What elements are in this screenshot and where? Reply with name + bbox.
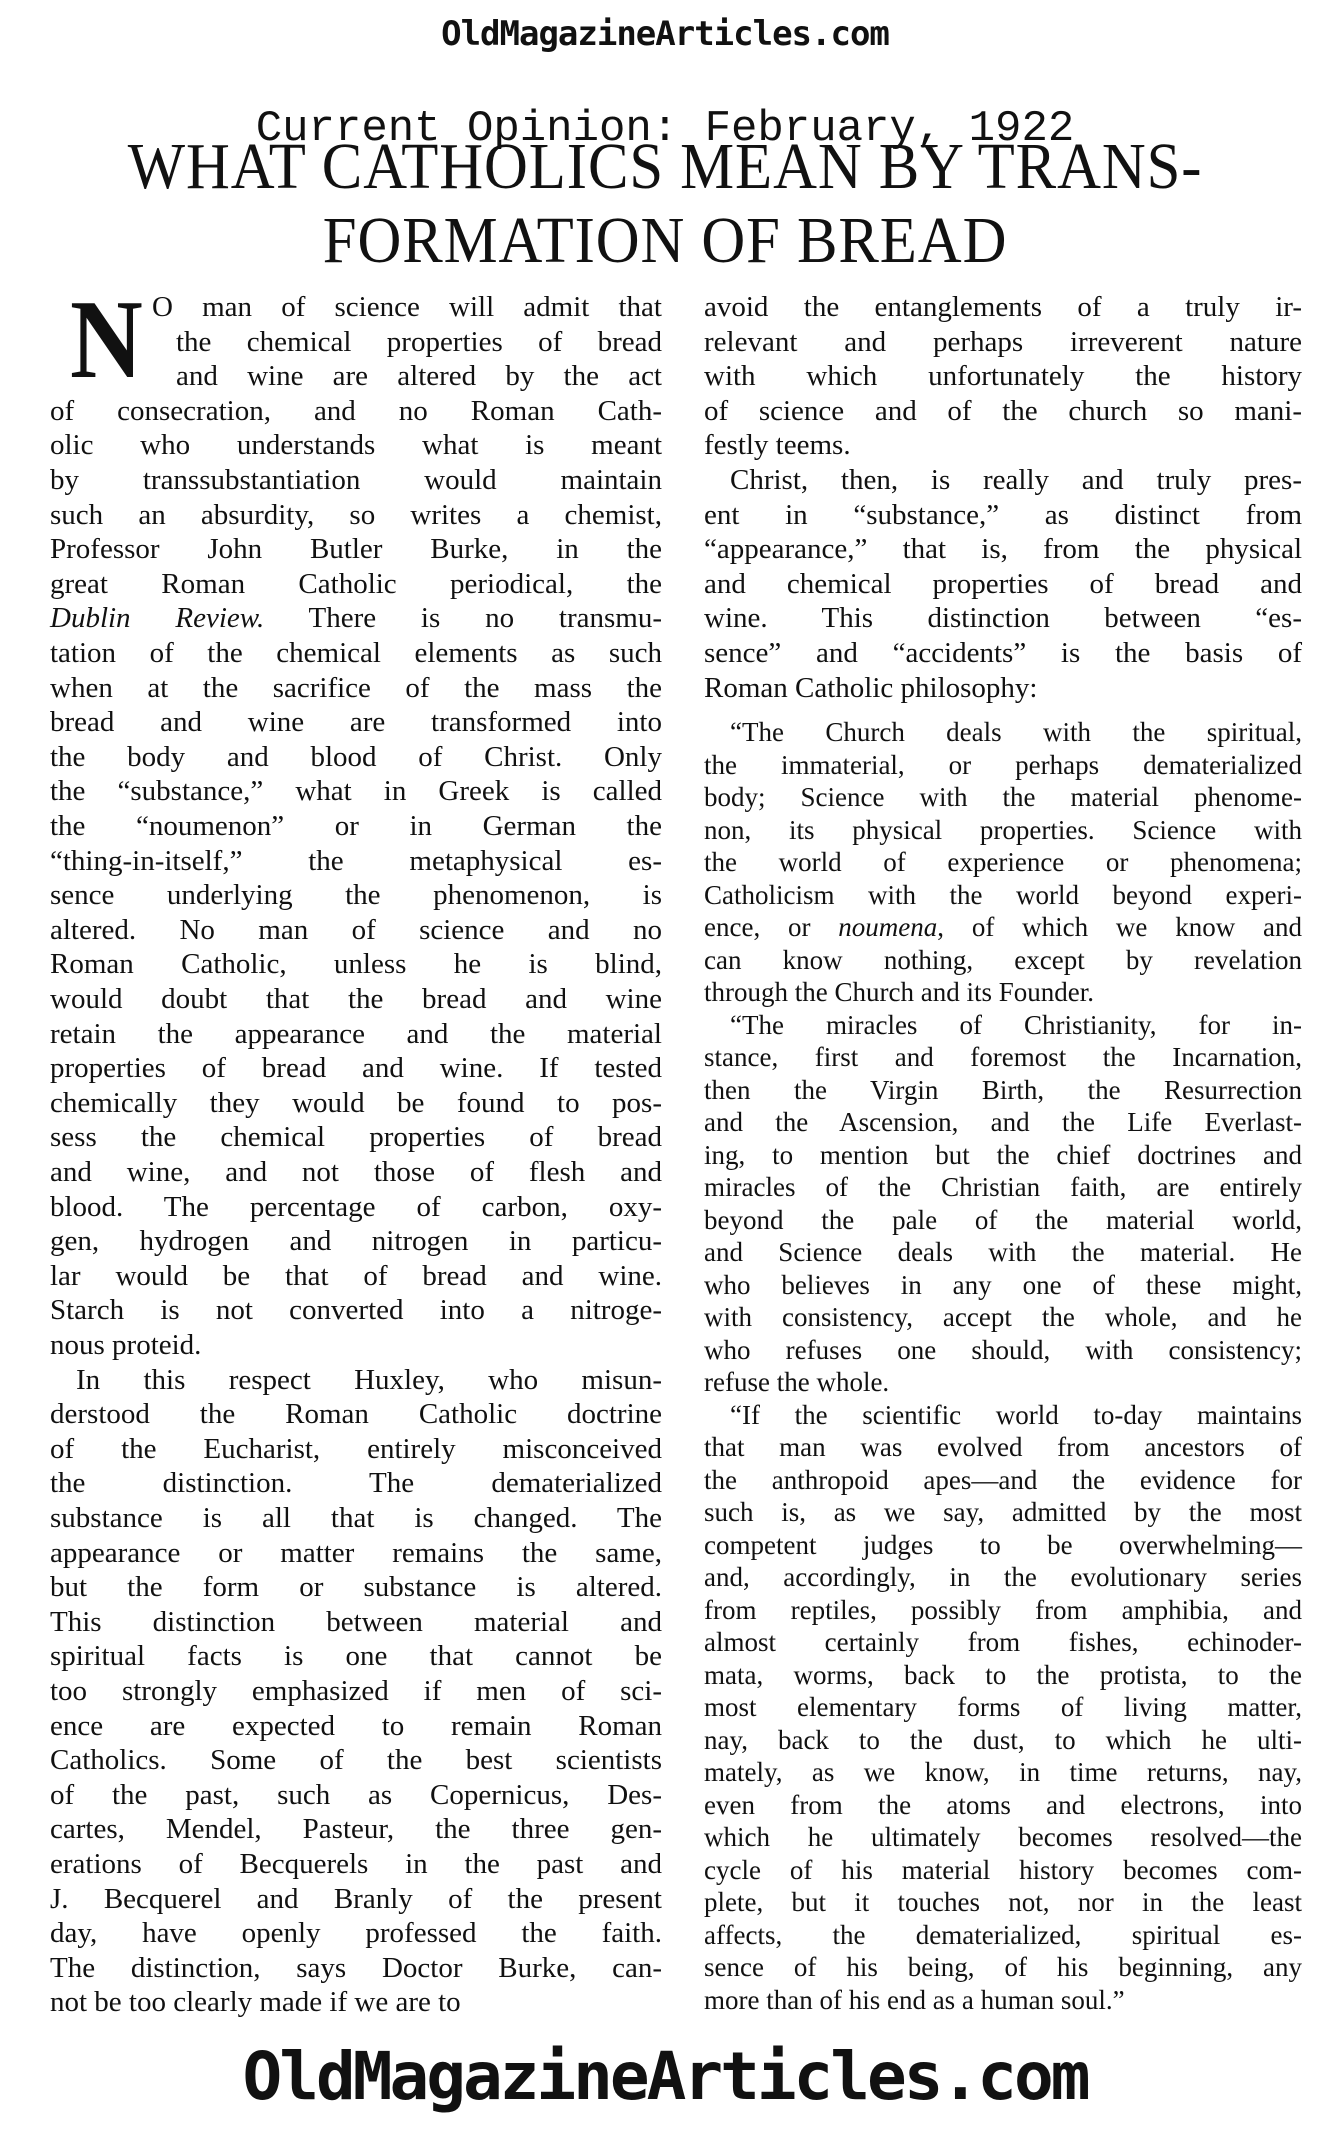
text-line: not be too clearly made if we are to — [50, 1985, 662, 2019]
text-line: great Roman Catholic periodical, the — [50, 567, 662, 601]
text-line: beyond the pale of the material world, — [704, 1204, 1302, 1236]
text-line: of consecration, and no Roman Cath- — [50, 394, 662, 428]
text-line: Dublin Review. There is no transmu- — [50, 601, 662, 635]
text-line: tation of the chemical elements as such — [50, 636, 662, 670]
text-line: Catholicism with the world beyond experi… — [704, 879, 1302, 911]
text-line: “If the scientific world to-day maintain… — [730, 1399, 1302, 1431]
site-watermark-bottom: OldMagazineArticles.com — [0, 2038, 1330, 2115]
text-line: of the Eucharist, entirely misconceived — [50, 1432, 662, 1466]
text-line: and Science deals with the material. He — [704, 1236, 1302, 1268]
text-line: sence underlying the phenomenon, is — [50, 878, 662, 912]
text-line: altered. No man of science and no — [50, 913, 662, 947]
text-line: plete, but it touches not, nor in the le… — [704, 1886, 1302, 1918]
text-line: The distinction, says Doctor Burke, can- — [50, 1951, 662, 1985]
text-line: chemically they would be found to pos- — [50, 1086, 662, 1120]
text-line: more than of his end as a human soul.” — [704, 1984, 1302, 2016]
text-line: refuse the whole. — [704, 1366, 1302, 1398]
text-line: avoid the entanglements of a truly ir- — [704, 290, 1302, 324]
text-line: who believes in any one of these might, — [704, 1269, 1302, 1301]
text-line: almost certainly from fishes, echinoder- — [704, 1626, 1302, 1658]
text-line: “appearance,” that is, from the physical — [704, 532, 1302, 566]
text-line: the immaterial, or perhaps dematerialize… — [704, 749, 1302, 781]
text-line: Starch is not converted into a nitroge- — [50, 1293, 662, 1327]
text-line: sess the chemical properties of bread — [50, 1120, 662, 1154]
text-line: O man of science will admit that — [152, 290, 662, 324]
text-line: but the form or substance is altered. — [50, 1570, 662, 1604]
text-line: ing, to mention but the chief doctrines … — [704, 1139, 1302, 1171]
text-line: lar would be that of bread and wine. — [50, 1259, 662, 1293]
text-line: such is, as we say, admitted by the most — [704, 1496, 1302, 1528]
text-line: and wine, and not those of flesh and — [50, 1155, 662, 1189]
text-line: spiritual facts is one that cannot be — [50, 1639, 662, 1673]
text-line: bread and wine are transformed into — [50, 705, 662, 739]
text-line: and wine are altered by the act — [176, 359, 662, 393]
text-line: non, its physical properties. Science wi… — [704, 814, 1302, 846]
text-line: from reptiles, possibly from amphibia, a… — [704, 1594, 1302, 1626]
text-line: Catholics. Some of the best scientists — [50, 1743, 662, 1777]
title-text-1: WHAT CATHOLICS MEAN BY TRANS- — [128, 134, 1203, 200]
text-line: that man was evolved from ancestors of — [704, 1431, 1302, 1463]
text-line: ent in “substance,” as distinct from — [704, 498, 1302, 532]
article-title-line-2: FORMATION OF BREAD — [0, 208, 1330, 274]
text-line: Professor John Butler Burke, in the — [50, 532, 662, 566]
text-line: then the Virgin Birth, the Resurrection — [704, 1074, 1302, 1106]
text-line: of science and of the church so mani- — [704, 394, 1302, 428]
text-line: the “noumenon” or in German the — [50, 809, 662, 843]
text-line: J. Becquerel and Branly of the present — [50, 1882, 662, 1916]
text-line: cartes, Mendel, Pasteur, the three gen- — [50, 1812, 662, 1846]
text-line: This distinction between material and — [50, 1605, 662, 1639]
text-line: erations of Becquerels in the past and — [50, 1847, 662, 1881]
text-line: “The miracles of Christianity, for in- — [730, 1009, 1302, 1041]
text-line: and chemical properties of bread and — [704, 567, 1302, 601]
text-line: gen, hydrogen and nitrogen in particu- — [50, 1224, 662, 1258]
text-line: relevant and perhaps irreverent nature — [704, 325, 1302, 359]
text-line: cycle of his material history becomes co… — [704, 1854, 1302, 1886]
text-line: with which unfortunately the history — [704, 359, 1302, 393]
text-line: competent judges to be overwhelming— — [704, 1529, 1302, 1561]
text-line: festly teems. — [704, 428, 1302, 462]
site-watermark-top: OldMagazineArticles.com — [0, 14, 1330, 54]
text-line: In this respect Huxley, who misun- — [76, 1363, 662, 1397]
text-line: the anthropoid apes—and the evidence for — [704, 1464, 1302, 1496]
text-line: would doubt that the bread and wine — [50, 982, 662, 1016]
text-line: the chemical properties of bread — [176, 325, 662, 359]
text-line: Roman Catholic philosophy: — [704, 671, 1302, 705]
text-line: Roman Catholic, unless he is blind, — [50, 947, 662, 981]
text-line: through the Church and its Founder. — [704, 976, 1302, 1008]
text-line: nay, back to the dust, to which he ulti- — [704, 1724, 1302, 1756]
article-title-line-1: WHAT CATHOLICS MEAN BY TRANS- — [0, 134, 1330, 200]
text-line: retain the appearance and the material — [50, 1017, 662, 1051]
text-line: stance, first and foremost the Incarnati… — [704, 1041, 1302, 1073]
text-line: even from the atoms and electrons, into — [704, 1789, 1302, 1821]
text-line: derstood the Roman Catholic doctrine — [50, 1397, 662, 1431]
text-line: and, accordingly, in the evolutionary se… — [704, 1561, 1302, 1593]
text-line: ence are expected to remain Roman — [50, 1709, 662, 1743]
text-line: with consistency, accept the whole, and … — [704, 1301, 1302, 1333]
text-line: when at the sacrifice of the mass the — [50, 671, 662, 705]
text-line: nous proteid. — [50, 1328, 662, 1362]
text-line: mata, worms, back to the protista, to th… — [704, 1659, 1302, 1691]
text-line: affects, the dematerialized, spiritual e… — [704, 1919, 1302, 1951]
text-line: sence of his being, of his beginning, an… — [704, 1951, 1302, 1983]
text-line: can know nothing, except by revelation — [704, 944, 1302, 976]
text-line: body; Science with the material phenome- — [704, 781, 1302, 813]
text-line: the body and blood of Christ. Only — [50, 740, 662, 774]
text-line: appearance or matter remains the same, — [50, 1536, 662, 1570]
text-line: the world of experience or phenomena; — [704, 846, 1302, 878]
text-line: “thing-in-itself,” the metaphysical es- — [50, 844, 662, 878]
text-line: the distinction. The dematerialized — [50, 1466, 662, 1500]
text-line: olic who understands what is meant — [50, 428, 662, 462]
text-line: mately, as we know, in time returns, nay… — [704, 1756, 1302, 1788]
text-line: and the Ascension, and the Life Everlast… — [704, 1106, 1302, 1138]
text-line: too strongly emphasized if men of sci- — [50, 1674, 662, 1708]
text-line: miracles of the Christian faith, are ent… — [704, 1171, 1302, 1203]
text-line: blood. The percentage of carbon, oxy- — [50, 1190, 662, 1224]
text-line: ence, or noumena, of which we know and — [704, 911, 1302, 943]
text-line: which he ultimately becomes resolved—the — [704, 1821, 1302, 1853]
text-line: who refuses one should, with consistency… — [704, 1334, 1302, 1366]
text-line: substance is all that is changed. The — [50, 1501, 662, 1535]
drop-cap: N — [70, 284, 143, 396]
title-text-2: FORMATION OF BREAD — [323, 208, 1008, 274]
text-line: day, have openly professed the faith. — [50, 1916, 662, 1950]
text-line: wine. This distinction between “es- — [704, 601, 1302, 635]
text-line: by transsubstantiation would maintain — [50, 463, 662, 497]
text-line: “The Church deals with the spiritual, — [730, 716, 1302, 748]
text-line: such an absurdity, so writes a chemist, — [50, 498, 662, 532]
text-line: the “substance,” what in Greek is called — [50, 774, 662, 808]
text-line: sence” and “accidents” is the basis of — [704, 636, 1302, 670]
text-line: of the past, such as Copernicus, Des- — [50, 1778, 662, 1812]
text-line: properties of bread and wine. If tested — [50, 1051, 662, 1085]
text-line: most elementary forms of living matter, — [704, 1691, 1302, 1723]
text-line: Christ, then, is really and truly pres- — [730, 463, 1302, 497]
